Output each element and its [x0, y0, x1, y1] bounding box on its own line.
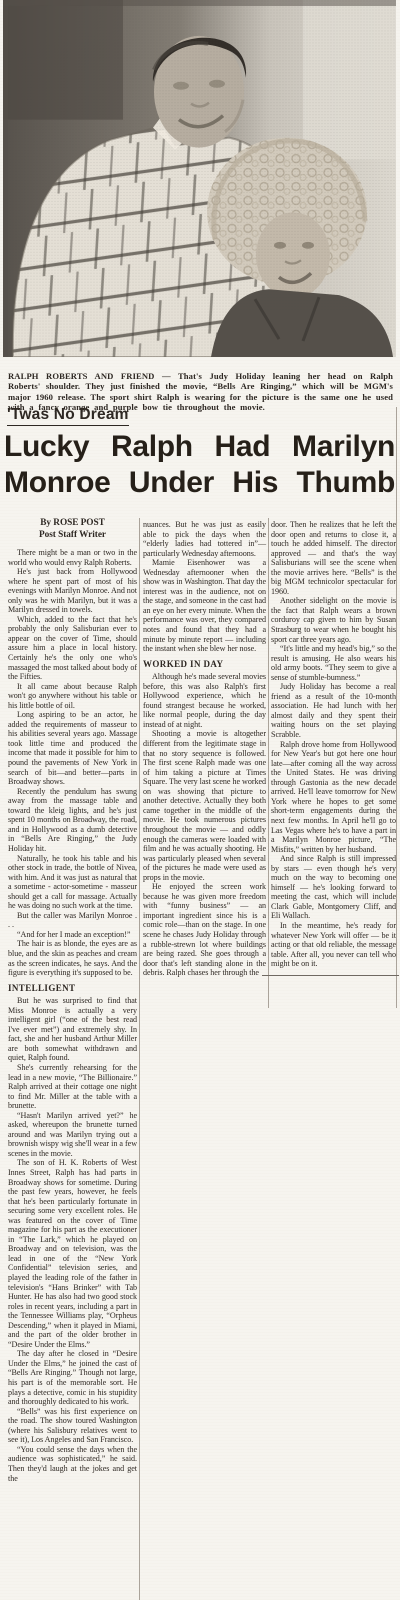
article-paragraph: “Bells” was his first experience on the … [8, 1407, 137, 1445]
article-paragraph: “You could sense the days when the audie… [8, 1445, 137, 1483]
article-paragraph: It all came about because Ralph won't go… [8, 682, 137, 711]
article-paragraph: The hair is as blonde, the eyes are as b… [8, 939, 137, 977]
article-paragraph: “It's little and my head's big,” so the … [271, 644, 396, 682]
article-paragraph: “And for her I made an exception!” [8, 930, 137, 940]
column-1: By ROSE POST Post Staff Writer There mig… [8, 516, 137, 1600]
article-paragraph: “Hasn't Marilyn arrived yet?” he asked, … [8, 1111, 137, 1159]
article-paragraph: Recently the pendulum has swung away fro… [8, 787, 137, 854]
photo-illustration [3, 0, 396, 357]
kicker: 'Twas No Dream [7, 406, 129, 426]
article-paragraph: He enjoyed the screen work because he wa… [143, 882, 266, 977]
article-photo [3, 0, 396, 357]
column-2: nuances. But he was just as easily able … [143, 516, 266, 978]
byline-name: By ROSE POST [8, 518, 137, 530]
article-paragraph: Another sidelight on the movie is the fa… [271, 596, 396, 644]
article-paragraph: She's currently rehearsing for the lead … [8, 1063, 137, 1111]
article-paragraph: But the caller was Marilyn Monroe . . . [8, 911, 137, 930]
article-paragraph: There might be a man or two in the world… [8, 548, 137, 567]
byline: By ROSE POST Post Staff Writer [8, 518, 137, 541]
article-paragraph: Mamie Eisenhower was a Wednesday afterno… [143, 558, 266, 653]
article-paragraph: Which, added to the fact that he's proba… [8, 615, 137, 682]
headline: Lucky Ralph Had Marilyn Monroe Under His… [4, 429, 395, 500]
article-paragraph: In the meantime, he's ready for whatever… [271, 921, 396, 969]
article-paragraph: door. Then he realizes that he left the … [271, 520, 396, 596]
article-paragraph: Judy Holiday has become a real friend as… [271, 682, 396, 739]
headline-line-1: Lucky Ralph Had Marilyn [4, 429, 395, 465]
subhead-intelligent: INTELLIGENT [8, 984, 137, 994]
article-paragraph: And since Ralph is still impressed by st… [271, 854, 396, 921]
byline-role: Post Staff Writer [8, 530, 137, 542]
article-paragraph: The son of H. K. Roberts of West Innes S… [8, 1158, 137, 1349]
column-rule-2 [268, 518, 269, 1008]
article-paragraph: Naturally, he took his table and his oth… [8, 854, 137, 911]
article-paragraph: Although he's made several movies before… [143, 672, 266, 729]
article-end-rule [262, 975, 399, 976]
column-3: door. Then he realizes that he left the … [271, 516, 396, 980]
article-paragraph: Shooting a movie is altogether different… [143, 729, 266, 882]
subhead-worked-in-day: WORKED IN DAY [143, 660, 266, 670]
column-rule-1 [139, 518, 140, 1600]
article-paragraph: nuances. But he was just as easily able … [143, 520, 266, 558]
article-paragraph: Ralph drove home from Hollywood for New … [271, 740, 396, 855]
article-paragraph: The day after he closed in “Desire Under… [8, 1349, 137, 1406]
newspaper-page: RALPH ROBERTS AND FRIEND — That's Judy H… [0, 0, 400, 1600]
article-paragraph: He's just back from Hollywood where he s… [8, 567, 137, 615]
article-paragraph: Long aspiring to be an actor, he added t… [8, 710, 137, 786]
column-rule-right [396, 407, 397, 1008]
article-paragraph: But he was surprised to find that Miss M… [8, 996, 137, 1063]
headline-line-2: Monroe Under His Thumb [4, 465, 395, 501]
